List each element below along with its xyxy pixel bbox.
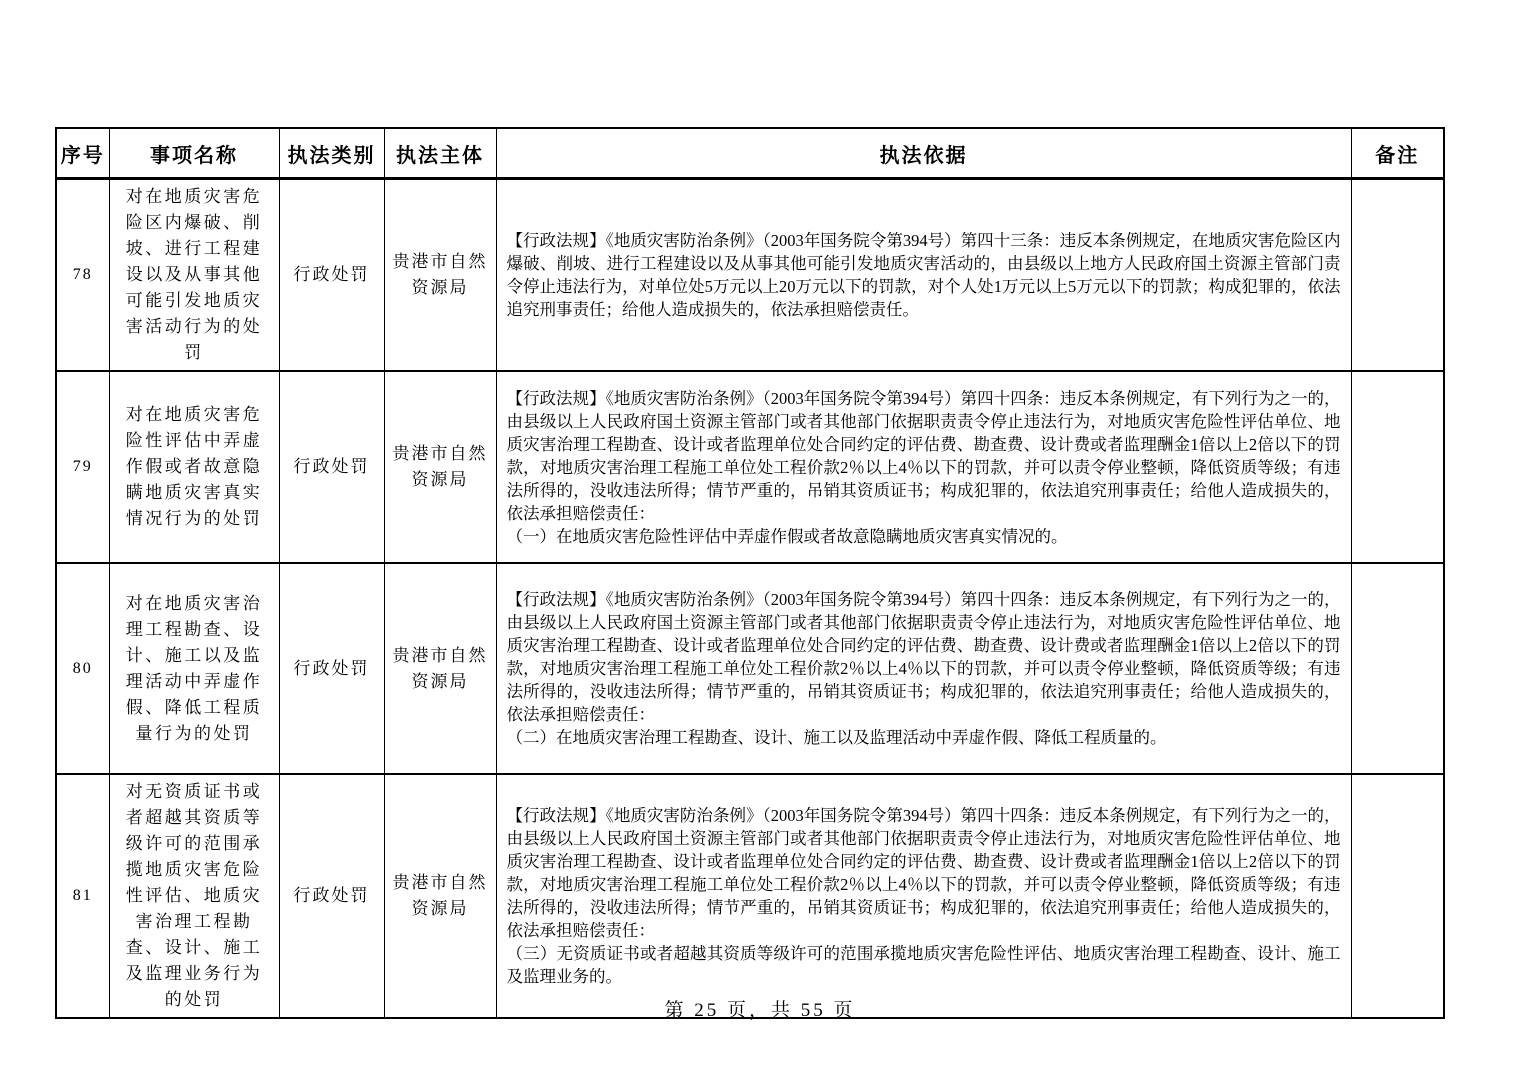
page-number-footer: 第 25 页，共 55 页 [0,995,1520,1022]
enforcement-subject: 贵港市自然资源局 [384,774,496,1018]
table-row: 79 对在地质灾害危险性评估中弄虚作假或者故意隐瞒地质灾害真实情况行为的处罚 行… [56,371,1444,563]
enforcement-subject: 贵港市自然资源局 [384,563,496,774]
remarks-cell [1351,179,1444,372]
row-number: 81 [56,774,109,1018]
header-enforcement-basis: 执法依据 [496,128,1351,179]
remarks-cell [1351,371,1444,563]
item-name: 对在地质灾害危险区内爆破、削坡、进行工程建设以及从事其他可能引发地质灾害活动行为… [109,179,279,372]
table-row: 81 对无资质证书或者超越其资质等级许可的范围承揽地质灾害危险性评估、地质灾害治… [56,774,1444,1018]
row-number: 78 [56,179,109,372]
enforcement-category: 行政处罚 [279,563,384,774]
enforcement-matters-table: 序号 事项名称 执法类别 执法主体 执法依据 备注 78 对在地质灾害危险区内爆… [55,127,1445,1019]
header-enforcement-category: 执法类别 [279,128,384,179]
enforcement-basis: 【行政法规】《地质灾害防治条例》（2003年国务院令第394号）第四十四条：违反… [496,774,1351,1018]
header-remarks: 备注 [1351,128,1444,179]
enforcement-subject: 贵港市自然资源局 [384,179,496,372]
enforcement-category: 行政处罚 [279,774,384,1018]
item-name: 对在地质灾害治理工程勘查、设计、施工以及监理活动中弄虚作假、降低工程质量行为的处… [109,563,279,774]
enforcement-basis: 【行政法规】《地质灾害防治条例》（2003年国务院令第394号）第四十三条：违反… [496,179,1351,372]
header-serial-number: 序号 [56,128,109,179]
row-number: 80 [56,563,109,774]
document-page: 序号 事项名称 执法类别 执法主体 执法依据 备注 78 对在地质灾害危险区内爆… [0,0,1520,1074]
enforcement-basis: 【行政法规】《地质灾害防治条例》（2003年国务院令第394号）第四十四条：违反… [496,563,1351,774]
header-item-name: 事项名称 [109,128,279,179]
remarks-cell [1351,774,1444,1018]
enforcement-category: 行政处罚 [279,371,384,563]
item-name: 对在地质灾害危险性评估中弄虚作假或者故意隐瞒地质灾害真实情况行为的处罚 [109,371,279,563]
table-header-row: 序号 事项名称 执法类别 执法主体 执法依据 备注 [56,128,1444,179]
header-enforcement-subject: 执法主体 [384,128,496,179]
enforcement-category: 行政处罚 [279,179,384,372]
row-number: 79 [56,371,109,563]
enforcement-basis: 【行政法规】《地质灾害防治条例》（2003年国务院令第394号）第四十四条：违反… [496,371,1351,563]
table-row: 78 对在地质灾害危险区内爆破、削坡、进行工程建设以及从事其他可能引发地质灾害活… [56,179,1444,372]
remarks-cell [1351,563,1444,774]
table-row: 80 对在地质灾害治理工程勘查、设计、施工以及监理活动中弄虚作假、降低工程质量行… [56,563,1444,774]
item-name: 对无资质证书或者超越其资质等级许可的范围承揽地质灾害危险性评估、地质灾害治理工程… [109,774,279,1018]
enforcement-subject: 贵港市自然资源局 [384,371,496,563]
